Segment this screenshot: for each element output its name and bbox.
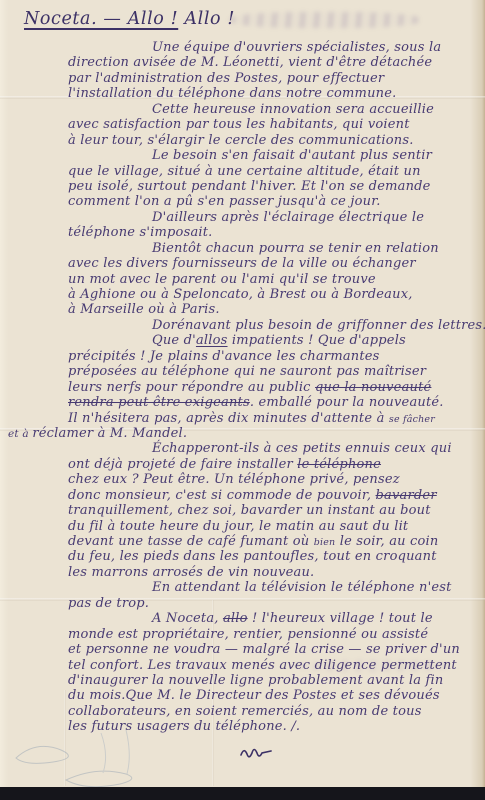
handwritten-text: tel confort. Les travaux menés avec dili…	[68, 658, 457, 673]
handwritten-text: Que d'	[152, 333, 196, 348]
handwritten-text: . emballé pour la nouveauté.	[250, 395, 444, 410]
handwritten-text: l'installation du téléphone dans notre c…	[68, 86, 396, 101]
manuscript-line: préposées au téléphone qui ne sauront pa…	[0, 364, 485, 379]
handwritten-text: chez eux ? Peut être. Un téléphone privé…	[68, 472, 400, 487]
handwritten-text: à leur tour, s'élargir le cercle des com…	[68, 133, 414, 148]
underlined-text: allos	[196, 333, 228, 348]
manuscript-line: collaborateurs, en soient remerciés, au …	[0, 704, 485, 719]
handwritten-text: Bientôt chacun pourra se tenir en relati…	[152, 241, 439, 256]
manuscript-line: leurs nerfs pour répondre au public que …	[0, 380, 485, 395]
manuscript-line: Que d'allos impatients ! Que d'appels	[0, 333, 485, 348]
manuscript-line: En attendant la télévision le téléphone …	[0, 580, 485, 595]
handwritten-text: Le besoin s'en faisait d'autant plus sen…	[152, 148, 432, 163]
manuscript-line: D'ailleurs après l'éclairage électrique …	[0, 210, 485, 225]
handwritten-text: monde est propriétaire, rentier, pension…	[68, 627, 428, 642]
handwritten-text: du mois.	[68, 688, 126, 703]
handwritten-text: du fil à toute heure du jour, le matin a…	[68, 519, 408, 534]
manuscript-line: Cette heureuse innovation sera accueilli…	[0, 102, 485, 117]
manuscript-line: rendra peut être exigeants. emballé pour…	[0, 395, 485, 410]
handwritten-text: du feu, les pieds dans les pantoufles, t…	[68, 549, 437, 564]
handwritten-text: Échapperont-ils à ces petits ennuis ceux…	[152, 441, 452, 456]
handwritten-text: devant une tasse de café fumant où	[68, 534, 314, 549]
handwritten-text: Que M. le Directeur des Postes et ses dé…	[126, 688, 440, 703]
handwritten-text: Il n'hésitera pas, après dix minutes d'a…	[68, 411, 389, 426]
scan-edge-bar	[0, 787, 485, 800]
handwritten-text: préposées au téléphone qui ne sauront pa…	[68, 364, 426, 379]
manuscript-line: téléphone s'imposait.	[0, 225, 485, 240]
manuscript-line: Il n'hésitera pas, après dix minutes d'a…	[0, 411, 485, 426]
handwritten-text: à Marseille où à Paris.	[68, 302, 220, 317]
manuscript-line: et à réclamer à M. Mandel.	[0, 426, 485, 441]
manuscript-line: du fil à toute heure du jour, le matin a…	[0, 519, 485, 534]
manuscript-line: à Marseille où à Paris.	[0, 302, 485, 317]
page-title: Noceta. — Allo ! Allo !	[24, 9, 235, 29]
handwritten-text: un mot avec le parent ou l'ami qu'il se …	[68, 272, 376, 287]
manuscript-line: Dorénavant plus besoin de griffonner des…	[0, 318, 485, 333]
handwritten-text: pas de trop.	[68, 596, 149, 611]
handwritten-text: avec satisfaction par tous les habitants…	[68, 117, 410, 132]
handwritten-text: tranquillement, chez soi, bavarder un in…	[68, 503, 431, 518]
manuscript-line: que le village, situé à une certaine alt…	[0, 164, 485, 179]
handwritten-text: les marrons arrosés de vin nouveau.	[68, 565, 314, 580]
manuscript-line: pas de trop.	[0, 596, 485, 611]
manuscript-line: chez eux ? Peut être. Un téléphone privé…	[0, 472, 485, 487]
handwritten-text: Cette heureuse innovation sera accueilli…	[152, 102, 434, 117]
manuscript-line: avec satisfaction par tous les habitants…	[0, 117, 485, 132]
manuscript-line: monde est propriétaire, rentier, pension…	[0, 627, 485, 642]
handwritten-text: comment l'on a pû s'en passer jusqu'à ce…	[68, 194, 381, 209]
manuscript-line: Une équipe d'ouvriers spécialistes, sous…	[0, 40, 485, 55]
manuscript-line: comment l'on a pû s'en passer jusqu'à ce…	[0, 194, 485, 209]
manuscript-line: direction avisée de M. Léonetti, vient d…	[0, 55, 485, 70]
scanned-manuscript-page: { "colors": { "ink": "#473a72", "ink_dar…	[0, 0, 485, 800]
manuscript-line: donc monsieur, c'est si commode de pouvo…	[0, 488, 485, 503]
handwritten-text: ! l'heureux village ! tout le	[248, 611, 433, 626]
struck-text: rendra peut être exigeants	[68, 395, 250, 410]
manuscript-line: un mot avec le parent ou l'ami qu'il se …	[0, 272, 485, 287]
manuscript-line: à leur tour, s'élargir le cercle des com…	[0, 133, 485, 148]
handwritten-text: donc monsieur, c'est si commode de pouvo…	[68, 488, 376, 503]
handwritten-text: et à	[8, 428, 32, 440]
handwritten-text: à Aghione ou à Speloncato, à Brest ou à …	[68, 287, 413, 302]
manuscript-line: l'installation du téléphone dans notre c…	[0, 86, 485, 101]
manuscript-line: devant une tasse de café fumant où bien …	[0, 534, 485, 549]
handwritten-text: et personne ne voudra — malgré la crise …	[68, 642, 460, 657]
inserted-text: se fâcher	[389, 414, 435, 425]
manuscript-line: tel confort. Les travaux menés avec dili…	[0, 658, 485, 673]
inserted-text: bien	[314, 537, 336, 548]
manuscript-line: tranquillement, chez soi, bavarder un in…	[0, 503, 485, 518]
handwritten-text: collaborateurs, en soient remerciés, au …	[68, 704, 422, 719]
handwritten-text: Une équipe d'ouvriers spécialistes, sous…	[152, 40, 441, 55]
handwritten-text: précipités ! Je plains d'avance les char…	[68, 349, 380, 364]
manuscript-line: précipités ! Je plains d'avance les char…	[0, 349, 485, 364]
handwritten-text: impatients ! Que d'appels	[228, 333, 406, 348]
struck-text: allo	[223, 611, 248, 626]
handwritten-text: téléphone s'imposait.	[68, 225, 213, 240]
manuscript-line: A Noceta, allo ! l'heureux village ! tou…	[0, 611, 485, 626]
manuscript-line: Le besoin s'en faisait d'autant plus sen…	[0, 148, 485, 163]
handwritten-text: d'inaugurer la nouvelle ligne probableme…	[68, 673, 443, 688]
manuscript-line: avec les divers fournisseurs de la ville…	[0, 256, 485, 271]
handwritten-text: En attendant la télévision le téléphone …	[152, 580, 452, 595]
handwritten-text: que le village, situé à une certaine alt…	[68, 164, 421, 179]
handwritten-text: Dorénavant plus besoin de griffonner des…	[152, 318, 485, 333]
flourish-mark	[238, 745, 274, 761]
manuscript-line: d'inaugurer la nouvelle ligne probableme…	[0, 673, 485, 688]
handwritten-text: le soir, au coin	[335, 534, 438, 549]
handwritten-text: leurs nerfs pour répondre au public	[68, 380, 315, 395]
struck-text: que la nouveauté	[315, 380, 431, 395]
manuscript-line: Échapperont-ils à ces petits ennuis ceux…	[0, 441, 485, 456]
handwritten-text: par l'administration des Postes, pour ef…	[68, 71, 384, 86]
manuscript-line: par l'administration des Postes, pour ef…	[0, 71, 485, 86]
manuscript-line: du feu, les pieds dans les pantoufles, t…	[0, 549, 485, 564]
struck-text: bavarder	[376, 488, 437, 503]
handwritten-text: avec les divers fournisseurs de la ville…	[68, 256, 416, 271]
manuscript-line: peu isolé, surtout pendant l'hiver. Et l…	[0, 179, 485, 194]
manuscript-line: Bientôt chacun pourra se tenir en relati…	[0, 241, 485, 256]
handwritten-text: A Noceta,	[152, 611, 223, 626]
struck-text: le téléphone	[297, 457, 381, 472]
manuscript-line: du mois.Que M. le Directeur des Postes e…	[0, 688, 485, 703]
handwritten-text: Allo !	[178, 9, 235, 29]
underlined-text: Noceta. — Allo !	[24, 9, 178, 29]
handwritten-text: peu isolé, surtout pendant l'hiver. Et l…	[68, 179, 431, 194]
manuscript-line: à Aghione ou à Speloncato, à Brest ou à …	[0, 287, 485, 302]
handwritten-text: réclamer à M. Mandel.	[32, 426, 187, 441]
manuscript-line: ont déjà projeté de faire installer le t…	[0, 457, 485, 472]
handwritten-text: direction avisée de M. Léonetti, vient d…	[68, 55, 432, 70]
manuscript-body: Une équipe d'ouvriers spécialistes, sous…	[0, 40, 485, 735]
manuscript-line: et personne ne voudra — malgré la crise …	[0, 642, 485, 657]
handwritten-text: ont déjà projeté de faire installer	[68, 457, 297, 472]
handwritten-text: D'ailleurs après l'éclairage électrique …	[152, 210, 424, 225]
manuscript-line: les marrons arrosés de vin nouveau.	[0, 565, 485, 580]
